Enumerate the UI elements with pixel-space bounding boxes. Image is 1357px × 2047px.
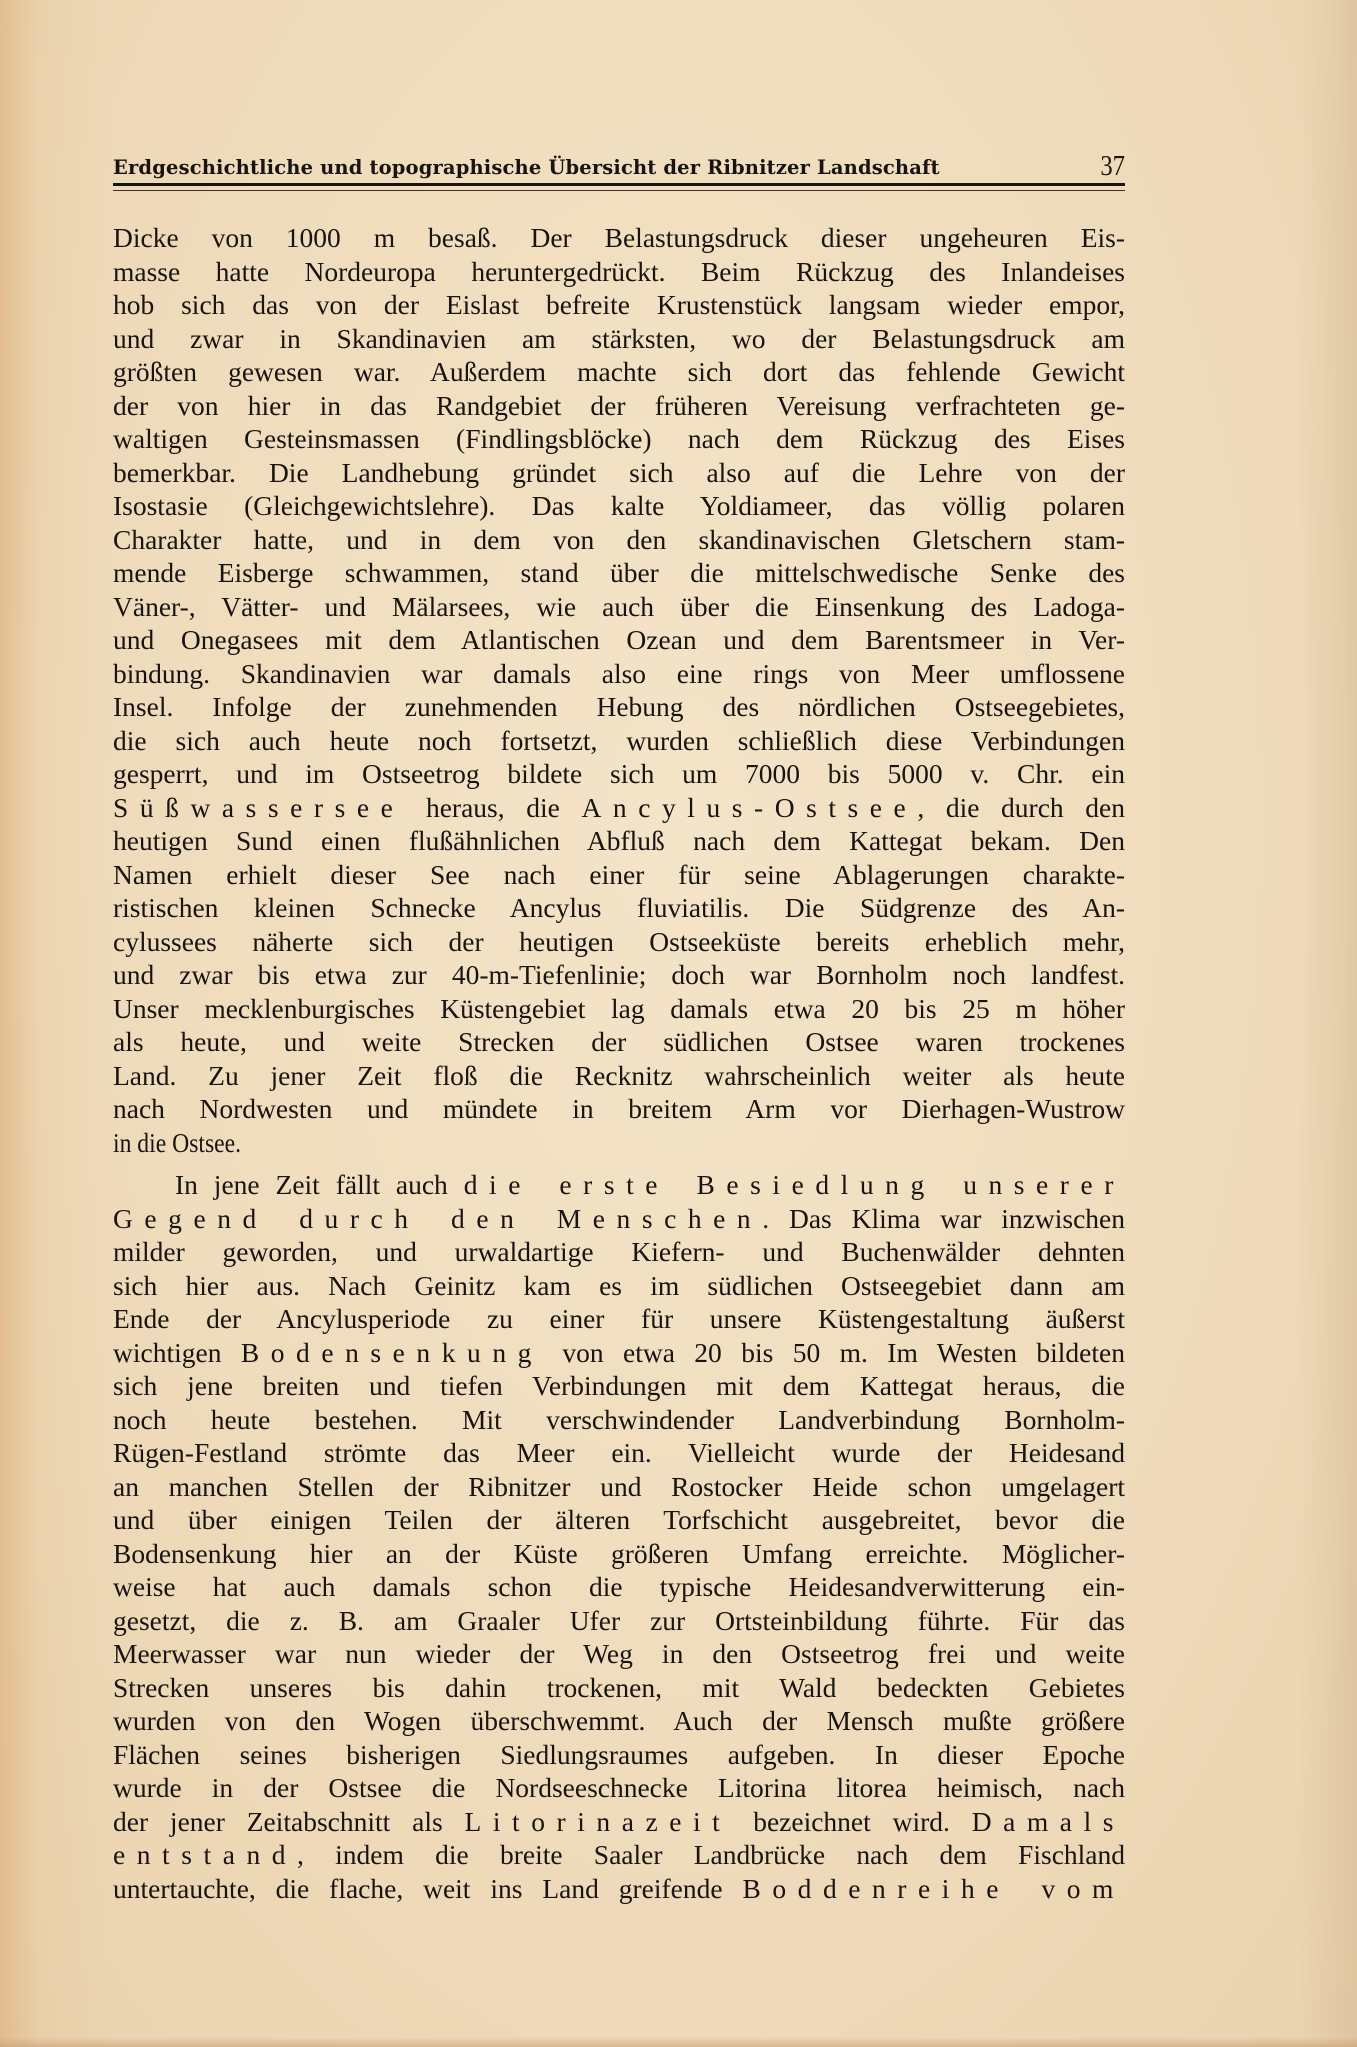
text-segment: Strecken unseres bis dahin trockenen, mi… bbox=[113, 1672, 1125, 1703]
text-segment: bindung. Skandinavien war damals also ei… bbox=[113, 658, 1125, 689]
text-segment: Land. Zu jener Zeit floß die Recknitz wa… bbox=[113, 1060, 1125, 1091]
text-line: sich hier aus. Nach Geinitz kam es im sü… bbox=[113, 1269, 1125, 1303]
text-segment: waltigen Gesteinsmassen (Findlingsblöcke… bbox=[113, 423, 1125, 454]
text-line: wurde in der Ostsee die Nordseeschnecke … bbox=[113, 1771, 1125, 1805]
text-line: der jener Zeitabschnitt als Litorinazeit… bbox=[113, 1805, 1125, 1839]
text-segment: . Das Klima war inzwischen bbox=[762, 1203, 1125, 1234]
text-segment: und zwar in Skandinavien am stärksten, w… bbox=[113, 323, 1125, 354]
paragraph: In jene Zeit fällt auch die erste Besied… bbox=[113, 1168, 1125, 1905]
text-line: Isostasie (Gleichgewichtslehre). Das kal… bbox=[113, 489, 1125, 523]
text-line: Väner-, Vätter- und Mälarsees, wie auch … bbox=[113, 590, 1125, 624]
text-line: größten gewesen war. Außerdem machte sic… bbox=[113, 355, 1125, 389]
text-line: masse hatte Nordeuropa heruntergedrückt.… bbox=[113, 255, 1125, 289]
text-line: Flächen seines bisherigen Siedlungsraume… bbox=[113, 1738, 1125, 1772]
paragraph-gap bbox=[113, 1159, 1125, 1168]
text-line: Strecken unseres bis dahin trockenen, mi… bbox=[113, 1671, 1125, 1705]
text-segment: Flächen seines bisherigen Siedlungsraume… bbox=[113, 1739, 1125, 1770]
text-segment: der von hier in das Randgebiet der frühe… bbox=[113, 390, 1125, 421]
text-line: ristischen kleinen Schnecke Ancylus fluv… bbox=[113, 891, 1125, 925]
text-segment: heraus, die bbox=[404, 792, 581, 823]
text-line: und zwar bis etwa zur 40-m-Tiefenlinie; … bbox=[113, 958, 1125, 992]
text-line: und zwar in Skandinavien am stärksten, w… bbox=[113, 322, 1125, 356]
page-edge bbox=[0, 2037, 1357, 2047]
running-title: Erdgeschichtliche und topographische Übe… bbox=[113, 156, 940, 180]
text-segment: , indem die breite Saaler Landbrücke nac… bbox=[297, 1839, 1125, 1870]
header-rule-thin bbox=[113, 190, 1125, 191]
text-line: Insel. Infolge der zunehmenden Hebung de… bbox=[113, 690, 1125, 724]
text-line: Meerwasser war nun wieder der Weg in den… bbox=[113, 1637, 1125, 1671]
emphasized-spaced-text: entstand bbox=[113, 1839, 297, 1870]
body-text: Dicke von 1000 m besaß. Der Belastungsdr… bbox=[113, 221, 1125, 1905]
text-segment: milder geworden, und urwaldartige Kiefer… bbox=[113, 1236, 1125, 1267]
text-segment: der jener Zeitabschnitt als bbox=[113, 1806, 465, 1837]
emphasized-spaced-text: Ancylus-Ostsee bbox=[581, 792, 917, 823]
text-line: an manchen Stellen der Ribnitzer und Ros… bbox=[113, 1470, 1125, 1504]
text-segment: Charakter hatte, und in dem von den skan… bbox=[113, 524, 1125, 555]
text-segment: größten gewesen war. Außerdem machte sic… bbox=[113, 356, 1125, 387]
text-line: nach Nordwesten und mündete in breitem A… bbox=[113, 1092, 1125, 1126]
text-line: Land. Zu jener Zeit floß die Recknitz wa… bbox=[113, 1059, 1125, 1093]
text-segment: bezeichnet wird. bbox=[731, 1806, 971, 1837]
text-segment: an manchen Stellen der Ribnitzer und Ros… bbox=[113, 1471, 1125, 1502]
text-segment: Insel. Infolge der zunehmenden Hebung de… bbox=[113, 691, 1125, 722]
text-line: wurden von den Wogen überschwemmt. Auch … bbox=[113, 1704, 1125, 1738]
text-segment: noch heute bestehen. Mit verschwindender… bbox=[113, 1404, 1125, 1435]
text-line: untertauchte, die flache, weit ins Land … bbox=[113, 1872, 1125, 1906]
text-segment: Isostasie (Gleichgewichtslehre). Das kal… bbox=[113, 490, 1125, 521]
text-segment: Ende der Ancylusperiode zu einer für uns… bbox=[113, 1303, 1125, 1334]
text-line: in die Ostsee. bbox=[113, 1126, 1125, 1160]
text-segment: gesperrt, und im Ostseetrog bildete sich… bbox=[113, 758, 1125, 789]
text-segment: weise hat auch damals schon die typische… bbox=[113, 1571, 1125, 1602]
text-segment: Dicke von 1000 m besaß. Der Belastungsdr… bbox=[113, 222, 1125, 253]
paragraph: Dicke von 1000 m besaß. Der Belastungsdr… bbox=[113, 221, 1125, 1159]
emphasized-spaced-text: Gegend durch den Menschen bbox=[113, 1203, 762, 1234]
running-head: Erdgeschichtliche und topographische Übe… bbox=[113, 150, 1125, 180]
text-line: Gegend durch den Menschen. Das Klima war… bbox=[113, 1202, 1125, 1236]
text-line: die sich auch heute noch fortsetzt, wurd… bbox=[113, 724, 1125, 758]
text-segment: sich hier aus. Nach Geinitz kam es im sü… bbox=[113, 1270, 1125, 1301]
text-segment: nach Nordwesten und mündete in breitem A… bbox=[113, 1093, 1125, 1124]
text-segment: als heute, und weite Strecken der südlic… bbox=[113, 1026, 1125, 1057]
text-line: waltigen Gesteinsmassen (Findlingsblöcke… bbox=[113, 422, 1125, 456]
text-segment: ristischen kleinen Schnecke Ancylus fluv… bbox=[113, 892, 1125, 923]
emphasized-spaced-text: Litorinazeit bbox=[465, 1806, 732, 1837]
text-line: milder geworden, und urwaldartige Kiefer… bbox=[113, 1235, 1125, 1269]
emphasized-spaced-text: Damals bbox=[972, 1806, 1125, 1837]
text-line: gesetzt, die z. B. am Graaler Ufer zur O… bbox=[113, 1604, 1125, 1638]
text-segment: wichtigen bbox=[113, 1337, 241, 1368]
page-number: 37 bbox=[1100, 152, 1125, 180]
text-segment: cylussees näherte sich der heutigen Osts… bbox=[113, 926, 1125, 957]
text-line: cylussees näherte sich der heutigen Osts… bbox=[113, 925, 1125, 959]
text-line: Süßwassersee heraus, die Ancylus-Ostsee,… bbox=[113, 791, 1125, 825]
text-line: Bodensenkung hier an der Küste größeren … bbox=[113, 1537, 1125, 1571]
emphasized-spaced-text: Süßwassersee bbox=[113, 792, 404, 823]
header-rule-thick bbox=[113, 183, 1125, 186]
text-line: Dicke von 1000 m besaß. Der Belastungsdr… bbox=[113, 221, 1125, 255]
text-segment: Meerwasser war nun wieder der Weg in den… bbox=[113, 1638, 1125, 1669]
text-line: noch heute bestehen. Mit verschwindender… bbox=[113, 1403, 1125, 1437]
text-segment: Väner-, Vätter- und Mälarsees, wie auch … bbox=[113, 591, 1125, 622]
text-line: Unser mecklenburgisches Küstengebiet lag… bbox=[113, 992, 1125, 1026]
text-line: sich jene breiten und tiefen Verbindunge… bbox=[113, 1369, 1125, 1403]
text-line: wichtigen Bodensenkung von etwa 20 bis 5… bbox=[113, 1336, 1125, 1370]
text-segment: von etwa 20 bis 50 m. Im Westen bildeten bbox=[543, 1337, 1125, 1368]
emphasized-spaced-text: Boddenreihe vom bbox=[742, 1873, 1125, 1904]
text-line: Rügen-Festland strömte das Meer ein. Vie… bbox=[113, 1436, 1125, 1470]
text-segment: , die durch den bbox=[917, 792, 1125, 823]
text-segment: masse hatte Nordeuropa heruntergedrückt.… bbox=[113, 256, 1125, 287]
text-line: mende Eisberge schwammen, stand über die… bbox=[113, 556, 1125, 590]
text-segment: wurde in der Ostsee die Nordseeschnecke … bbox=[113, 1772, 1125, 1803]
text-segment: in die Ostsee. bbox=[113, 1127, 241, 1158]
text-line: Charakter hatte, und in dem von den skan… bbox=[113, 523, 1125, 557]
emphasized-spaced-text: Bodensenkung bbox=[241, 1337, 543, 1368]
text-segment: In jene Zeit fällt auch bbox=[175, 1169, 464, 1200]
text-segment: bemerkbar. Die Landhebung gründet sich a… bbox=[113, 457, 1125, 488]
text-line: als heute, und weite Strecken der südlic… bbox=[113, 1025, 1125, 1059]
text-line: bindung. Skandinavien war damals also ei… bbox=[113, 657, 1125, 691]
emphasized-spaced-text: die erste Besiedlung unserer bbox=[464, 1169, 1125, 1200]
text-line: gesperrt, und im Ostseetrog bildete sich… bbox=[113, 757, 1125, 791]
text-segment: hob sich das von der Eislast befreite Kr… bbox=[113, 289, 1125, 320]
text-segment: mende Eisberge schwammen, stand über die… bbox=[113, 557, 1125, 588]
text-segment: wurden von den Wogen überschwemmt. Auch … bbox=[113, 1705, 1125, 1736]
text-line: entstand, indem die breite Saaler Landbr… bbox=[113, 1838, 1125, 1872]
text-line: und über einigen Teilen der älteren Torf… bbox=[113, 1503, 1125, 1537]
text-line: In jene Zeit fällt auch die erste Besied… bbox=[113, 1168, 1125, 1202]
text-segment: Bodensenkung hier an der Küste größeren … bbox=[113, 1538, 1125, 1569]
text-segment: gesetzt, die z. B. am Graaler Ufer zur O… bbox=[113, 1605, 1125, 1636]
text-segment: und über einigen Teilen der älteren Torf… bbox=[113, 1504, 1125, 1535]
text-segment: Unser mecklenburgisches Küstengebiet lag… bbox=[113, 993, 1125, 1024]
text-line: Ende der Ancylusperiode zu einer für uns… bbox=[113, 1302, 1125, 1336]
text-segment: und zwar bis etwa zur 40-m-Tiefenlinie; … bbox=[113, 959, 1125, 990]
text-line: Namen erhielt dieser See nach einer für … bbox=[113, 858, 1125, 892]
text-line: hob sich das von der Eislast befreite Kr… bbox=[113, 288, 1125, 322]
text-line: heutigen Sund einen flußähnlichen Abfluß… bbox=[113, 824, 1125, 858]
text-segment: und Onegasees mit dem Atlantischen Ozean… bbox=[113, 624, 1125, 655]
text-line: und Onegasees mit dem Atlantischen Ozean… bbox=[113, 623, 1125, 657]
text-segment: Rügen-Festland strömte das Meer ein. Vie… bbox=[113, 1437, 1125, 1468]
text-line: weise hat auch damals schon die typische… bbox=[113, 1570, 1125, 1604]
text-segment: Namen erhielt dieser See nach einer für … bbox=[113, 859, 1125, 890]
text-segment: die sich auch heute noch fortsetzt, wurd… bbox=[113, 725, 1125, 756]
text-segment: heutigen Sund einen flußähnlichen Abfluß… bbox=[113, 825, 1125, 856]
text-line: bemerkbar. Die Landhebung gründet sich a… bbox=[113, 456, 1125, 490]
text-line: der von hier in das Randgebiet der frühe… bbox=[113, 389, 1125, 423]
text-segment: untertauchte, die flache, weit ins Land … bbox=[113, 1873, 742, 1904]
text-segment: sich jene breiten und tiefen Verbindunge… bbox=[113, 1370, 1125, 1401]
